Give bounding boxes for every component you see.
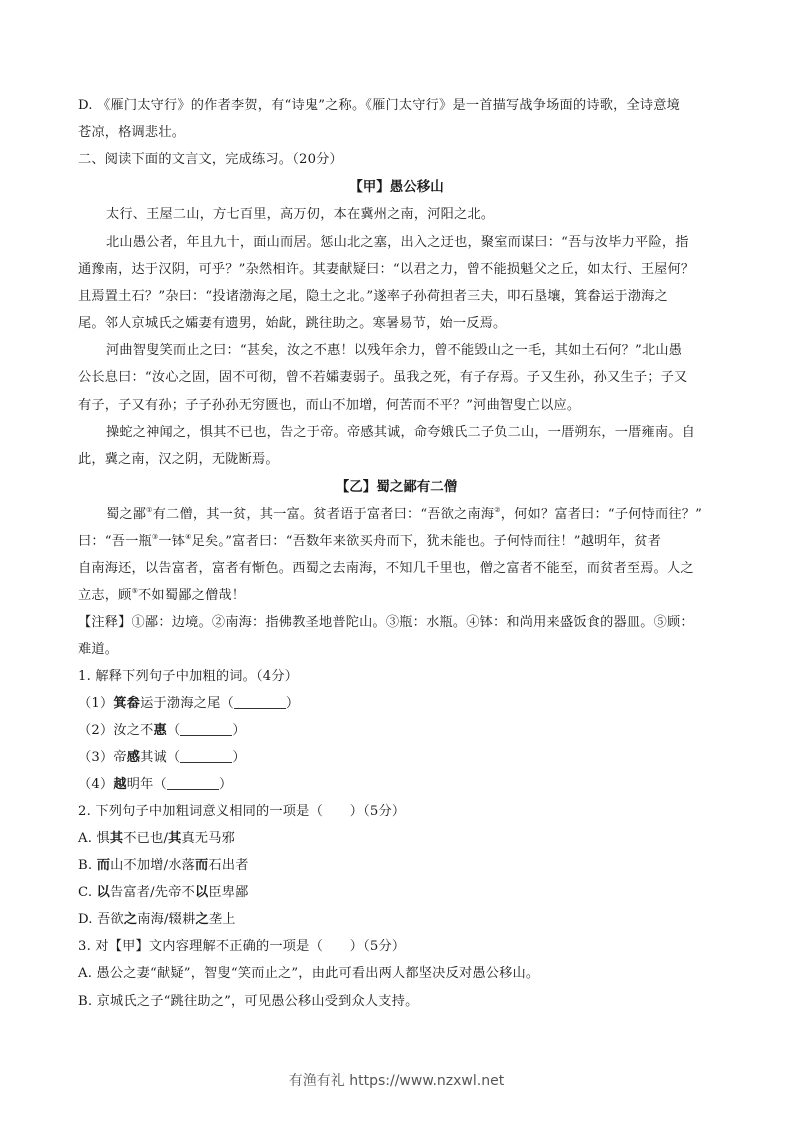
passage-jia-line: 且焉置土石？”杂曰：“投诸渤海之尾，隐土之北。”遂率子孙荷担者三夫，叩石垦壤，箕… — [78, 288, 668, 306]
option-d-line-1: D. 《雁门太守行》的作者李贺，有“诗鬼”之称。《雁门太守行》是一首描写战争场面… — [78, 97, 680, 115]
notes-line-2: 难道。 — [78, 641, 118, 659]
section-heading: 二、阅读下面的文言文，完成练习。（20分） — [78, 151, 343, 169]
answer-blank[interactable] — [234, 696, 286, 709]
question-3-option-a: A. 愚公之妻“献疑”，智叟“笑而止之”，由此可看出两人都坚决反对愚公移山。 — [78, 965, 539, 983]
passage-jia-line: 通豫南，达于汉阴，可乎？”杂然相许。其妻献疑曰：“以君之力，曾不能损魁父之丘，如… — [78, 261, 694, 279]
question-2-stem: 2. 下列句子中加粗词意义相同的一项是（ ）（5分） — [78, 803, 405, 821]
passage-jia-line: 河曲智叟笑而止之曰：“甚矣，汝之不惠！以残年余力，曾不能毁山之一毛，其如土石何？… — [106, 342, 682, 360]
passage-yi-line: 曰：“吾一瓶③一钵④足矣。”富者曰：“吾数年来欲买舟而下，犹未能也。子何恃而往！… — [78, 533, 661, 551]
question-2-option-c: C. 以告富者/先帝不以臣卑鄙 — [78, 884, 249, 902]
question-1-item: （2）汝之不惠（） — [78, 722, 246, 740]
passage-yi-line: 蜀之鄙①有二僧，其一贫，其一富。贫者语于富者曰：“吾欲之南海②，何如？富者曰：“… — [106, 506, 702, 524]
question-2-option-a: A. 惧其不已也/其真无马邪 — [78, 830, 235, 848]
answer-blank[interactable] — [180, 723, 232, 736]
passage-jia-line: 此，冀之南，汉之阴，无陇断焉。 — [78, 451, 279, 469]
question-3-option-b: B. 京城氏之子“跳往助之”，可见愚公移山受到众人支持。 — [78, 993, 418, 1011]
question-1-item: （4）越明年（） — [78, 776, 232, 794]
passage-jia-line: 太行、王屋二山，方七百里，高万仞，本在冀州之南，河阳之北。 — [106, 206, 494, 224]
question-3-stem: 3. 对【甲】文内容理解不正确的一项是（ ）（5分） — [78, 938, 405, 956]
answer-blank[interactable] — [167, 777, 219, 790]
question-2-option-d: D. 吾欲之南海/辍耕之垄上 — [78, 911, 236, 929]
question-1-item: （1）箕畚运于渤海之尾（） — [78, 695, 299, 713]
option-d-line-2: 苍凉，格调悲壮。 — [78, 124, 185, 142]
document-page: D. 《雁门太守行》的作者李贺，有“诗鬼”之称。《雁门太守行》是一首描写战争场面… — [0, 0, 793, 1122]
passage-jia-line: 尾。邻人京城氏之孀妻有遗男，始龀，跳往助之。寒暑易节，始一反焉。 — [78, 315, 506, 333]
passage-jia-line: 北山愚公者，年且九十，面山而居。惩山北之塞，出入之迂也，聚室而谋曰：“吾与汝毕力… — [106, 234, 689, 252]
notes-line-1: 【注释】①鄙：边境。②南海：指佛教圣地普陀山。③瓶：水瓶。④钵：和尚用来盛饭食的… — [78, 614, 694, 632]
question-2-option-b: B. 而山不加增/水落而石出者 — [78, 857, 249, 875]
passage-yi-line: 自南海还，以告富者，富者有惭色。西蜀之去南海，不知几千里也，僧之富者不能至，而贫… — [78, 560, 694, 578]
passage-jia-line: 公长息曰：“汝心之固，固不可彻，曾不若孀妻弱子。虽我之死，有子存焉。子又生孙，孙… — [78, 369, 687, 387]
passage-yi-title: 【乙】蜀之鄙有二僧 — [0, 478, 793, 496]
passage-jia-line: 操蛇之神闻之，惧其不已也，告之于帝。帝感其诚，命夸娥氏二子负二山，一厝朔东，一厝… — [106, 424, 695, 442]
question-1-item: （3）帝感其诚（） — [78, 749, 246, 767]
question-1-stem: 1. 解释下列句子中加粗的词。（4分） — [78, 668, 298, 686]
passage-jia-title: 【甲】愚公移山 — [0, 178, 793, 196]
passage-yi-line: 立志，顾⑤不如蜀鄙之僧哉！ — [78, 587, 245, 605]
passage-jia-line: 有子，子又有孙；子子孙孙无穷匮也，而山不加增，何苦而不平？”河曲智叟亡以应。 — [78, 397, 580, 415]
answer-blank[interactable] — [180, 750, 232, 763]
footer-watermark: 有渔有礼 https://www.nzxwl.net — [0, 1070, 793, 1090]
